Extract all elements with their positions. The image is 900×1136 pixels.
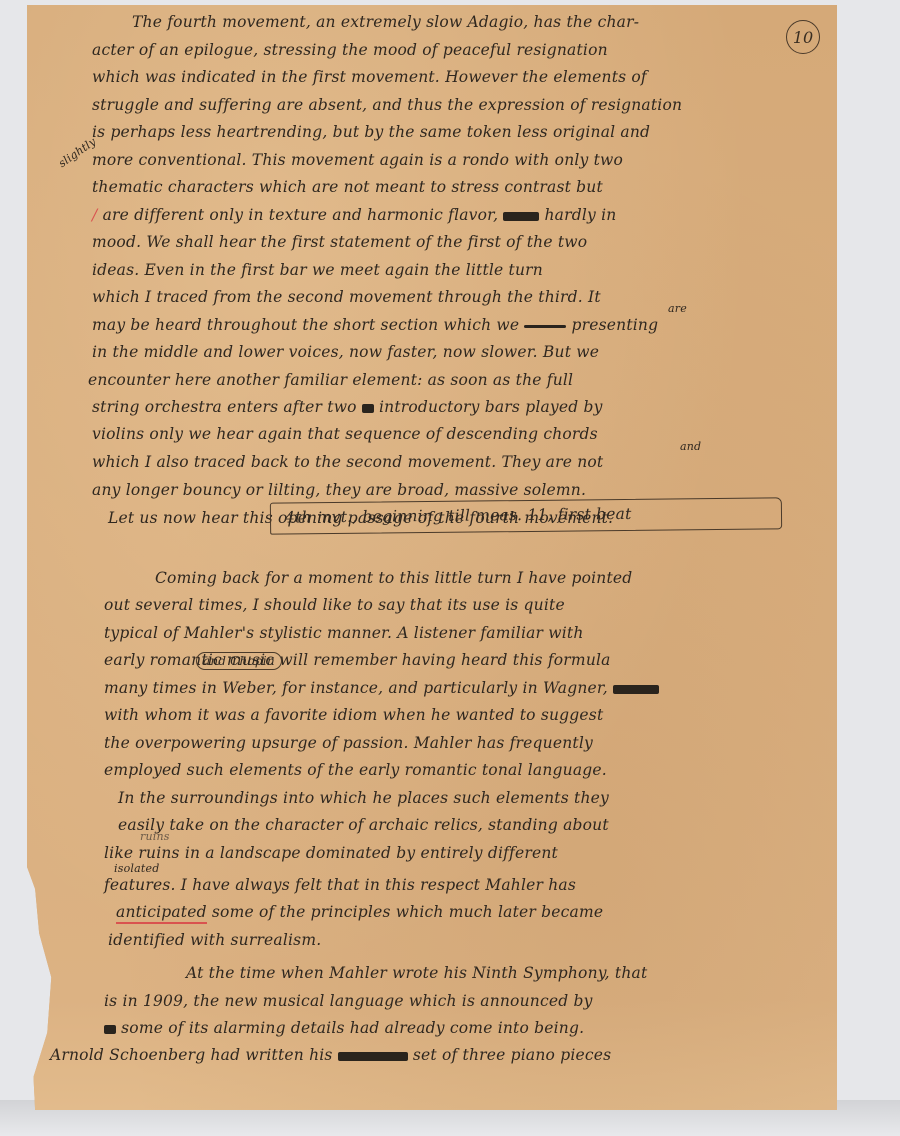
text-line: acter of an epilogue, stressing the mood… bbox=[92, 40, 608, 60]
text-line: At the time when Mahler wrote his Ninth … bbox=[186, 963, 647, 983]
text-line: struggle and suffering are absent, and t… bbox=[92, 95, 682, 115]
text-line: may be heard throughout the short sectio… bbox=[92, 315, 658, 335]
text-segment: presenting bbox=[572, 316, 659, 334]
text-line: more conventional. This movement again i… bbox=[92, 150, 623, 170]
insertion-and-chopin: and Chopin bbox=[196, 652, 282, 670]
text-line: early romantic music will remember havin… bbox=[104, 650, 611, 670]
recording-cue-box: 4th mvt., beginning till meas. 11, first… bbox=[270, 497, 782, 534]
text-line: typical of Mahler's stylistic manner. A … bbox=[104, 623, 584, 643]
text-line: identified with surrealism. bbox=[108, 930, 321, 950]
text-line: the overpowering upsurge of passion. Mah… bbox=[104, 733, 593, 753]
insertion-and: and bbox=[680, 440, 701, 453]
text-line: violins only we hear again that sequence… bbox=[92, 424, 598, 444]
text-line: string orchestra enters after two introd… bbox=[92, 397, 603, 417]
red-underlined-word: anticipated bbox=[116, 903, 207, 924]
insertion-isolated: isolated bbox=[114, 862, 159, 875]
text-line: easily take on the character of archaic … bbox=[118, 815, 609, 835]
crossed-out-word bbox=[338, 1052, 408, 1061]
crossed-out-word bbox=[104, 1025, 116, 1034]
text-line: which I also traced back to the second m… bbox=[92, 452, 603, 472]
text-line: Coming back for a moment to this little … bbox=[155, 568, 632, 588]
text-line: Arnold Schoenberg had written his set of… bbox=[50, 1045, 611, 1065]
text-segment: Arnold Schoenberg had written his bbox=[50, 1046, 333, 1064]
text-segment: introductory bars played by bbox=[379, 398, 603, 416]
text-line: which I traced from the second movement … bbox=[92, 287, 601, 307]
text-segment: hardly in bbox=[544, 206, 616, 224]
text-line: some of its alarming details had already… bbox=[104, 1018, 584, 1038]
red-correction-mark: / bbox=[92, 206, 97, 224]
text-line: any longer bouncy or lilting, they are b… bbox=[92, 480, 586, 500]
text-line: thematic characters which are not meant … bbox=[92, 177, 603, 197]
text-segment: some of its alarming details had already… bbox=[121, 1019, 584, 1037]
text-line: many times in Weber, for instance, and p… bbox=[104, 678, 659, 698]
text-segment: string orchestra enters after two bbox=[92, 398, 357, 416]
text-segment: like bbox=[104, 844, 133, 862]
page-number-circle: 10 bbox=[786, 20, 820, 54]
insertion-ruins-alt: ruins bbox=[140, 830, 170, 843]
crossed-out-word bbox=[524, 325, 566, 328]
crossed-out-word bbox=[362, 404, 374, 413]
text-line: ideas. Even in the first bar we meet aga… bbox=[92, 260, 543, 280]
cue-text: 4th mvt., beginning till meas. 11, first… bbox=[285, 505, 632, 527]
text-segment: set of three piano pieces bbox=[413, 1046, 611, 1064]
text-line: out several times, I should like to say … bbox=[104, 595, 565, 615]
text-line: / are different only in texture and harm… bbox=[92, 205, 616, 225]
text-segment: may be heard throughout the short sectio… bbox=[92, 316, 519, 334]
text-line: is in 1909, the new musical language whi… bbox=[104, 991, 593, 1011]
text-line: features. I have always felt that in thi… bbox=[104, 875, 576, 895]
text-segment: many times in Weber, for instance, and p… bbox=[104, 679, 608, 697]
text-line: like ruins in a landscape dominated by e… bbox=[104, 843, 558, 863]
text-line: employed such elements of the early roma… bbox=[104, 760, 607, 780]
text-line: is perhaps less heartrending, but by the… bbox=[92, 122, 650, 142]
text-line: mood. We shall hear the first statement … bbox=[92, 232, 587, 252]
text-segment: solemn. bbox=[524, 481, 586, 499]
text-line: in the middle and lower voices, now fast… bbox=[92, 342, 599, 362]
text-segment: any longer bouncy or lilting, they are b… bbox=[92, 481, 519, 499]
text-line: In the surroundings into which he places… bbox=[118, 788, 609, 808]
text-line: encounter here another familiar element:… bbox=[88, 370, 573, 390]
text-line: anticipated some of the principles which… bbox=[116, 902, 603, 922]
text-line: with whom it was a favorite idiom when h… bbox=[104, 705, 603, 725]
text-segment: are different only in texture and harmon… bbox=[103, 206, 499, 224]
crossed-out-word bbox=[503, 212, 539, 221]
crossed-out-word bbox=[613, 685, 659, 694]
text-line: which was indicated in the first movemen… bbox=[92, 67, 647, 87]
text-line: The fourth movement, an extremely slow A… bbox=[132, 12, 639, 32]
text-segment: some of the principles which much later … bbox=[212, 903, 603, 921]
text-segment: ruins in a landscape dominated by entire… bbox=[138, 844, 558, 862]
insertion-are: are bbox=[668, 302, 687, 315]
